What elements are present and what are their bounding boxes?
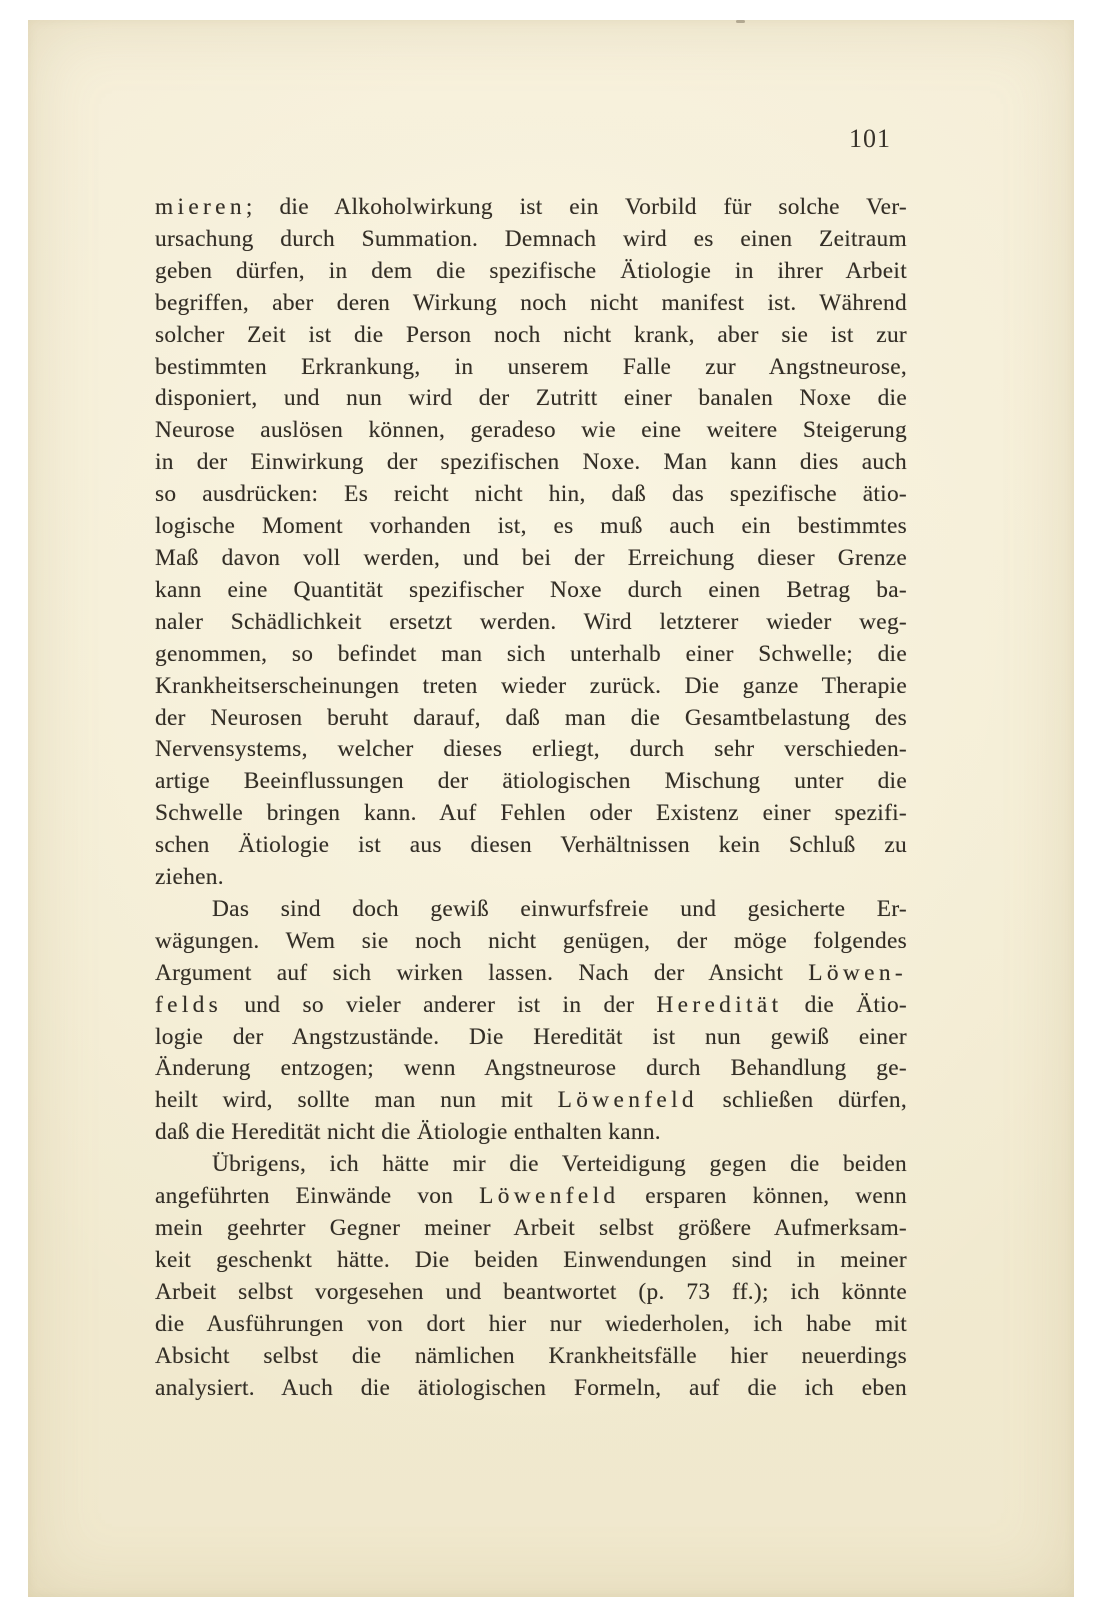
text-line: Argument auf sich wirken lassen. Nach de… — [155, 958, 907, 990]
text-line: artige Beeinflussungen der ätiologischen… — [155, 766, 907, 798]
text-line: Übrigens, ich hätte mir die Verteidigung… — [155, 1149, 907, 1181]
text-line: analysiert. Auch die ätiologischen Forme… — [155, 1373, 907, 1405]
text-line: Neurose auslösen können, geradeso wie ei… — [155, 415, 907, 447]
text-segment: Arbeit selbst vorgesehen und beantwortet… — [155, 1279, 907, 1305]
text-line: genommen, so befindet man sich unterhalb… — [155, 639, 907, 671]
text-line: kann eine Quantität spezifischer Noxe du… — [155, 575, 907, 607]
letterspaced-text: Löwen- — [808, 960, 907, 986]
letterspaced-text: Löwenfeld — [558, 1087, 698, 1113]
text-line: Absicht selbst die nämlichen Krankheitsf… — [155, 1341, 907, 1373]
text-line: ursachung durch Summation. Demnach wird … — [155, 224, 907, 256]
text-segment: so ausdrücken: Es reicht nicht hin, daß … — [155, 481, 907, 507]
text-line: disponiert, und nun wird der Zutritt ein… — [155, 383, 907, 415]
text-line: Krankheitserscheinungen treten wieder zu… — [155, 671, 907, 703]
text-segment: heilt wird, sollte man nun mit — [155, 1087, 558, 1113]
text-segment: daß die Heredität nicht die Ätiologie en… — [155, 1119, 661, 1145]
paragraph: mieren; die Alkoholwirkung ist ein Vorbi… — [155, 192, 907, 894]
page-number: 101 — [820, 124, 920, 154]
text-segment: mein geehrter Gegner meiner Arbeit selbs… — [155, 1215, 907, 1241]
text-segment: schen Ätiologie ist aus diesen Verhältni… — [155, 832, 907, 858]
text-segment: und so vieler anderer ist in der — [222, 992, 656, 1018]
text-line: Das sind doch gewiß einwurfsfreie und ge… — [155, 894, 907, 926]
text-segment: logie der Angstzustände. Die Heredität i… — [155, 1024, 907, 1050]
text-line: Nervensystems, welcher dieses erliegt, d… — [155, 734, 907, 766]
text-line: die Ausführungen von dort hier nur wiede… — [155, 1309, 907, 1341]
text-segment: Schwelle bringen kann. Auf Fehlen oder E… — [155, 800, 907, 826]
scanned-page: 101 mieren; die Alkoholwirkung ist ein V… — [0, 0, 1104, 1617]
letterspaced-text: mieren — [155, 194, 246, 220]
text-segment: Änderung entzogen; wenn Angstneurose dur… — [155, 1055, 907, 1081]
text-segment: die Ausführungen von dort hier nur wiede… — [155, 1311, 907, 1337]
text-segment: ursachung durch Summation. Demnach wird … — [155, 226, 907, 252]
text-line: in der Einwirkung der spezifischen Noxe.… — [155, 447, 907, 479]
text-line: felds und so vieler anderer ist in der H… — [155, 990, 907, 1022]
text-line: Maß davon voll werden, und bei der Errei… — [155, 543, 907, 575]
scan-artifact-speck — [736, 20, 745, 23]
text-segment: artige Beeinflussungen der ätiologischen… — [155, 768, 907, 794]
letterspaced-text: felds — [155, 992, 222, 1018]
text-line: ziehen. — [155, 862, 907, 894]
text-segment: Neurose auslösen können, geradeso wie ei… — [155, 417, 907, 443]
paragraph: Übrigens, ich hätte mir die Verteidigung… — [155, 1149, 907, 1404]
text-line: der Neurosen beruht darauf, daß man die … — [155, 703, 907, 735]
text-line: Änderung entzogen; wenn Angstneurose dur… — [155, 1053, 907, 1085]
text-segment: Argument auf sich wirken lassen. Nach de… — [155, 960, 808, 986]
text-segment: der Neurosen beruht darauf, daß man die … — [155, 705, 907, 731]
book-page-sheet: 101 mieren; die Alkoholwirkung ist ein V… — [28, 20, 1074, 1597]
text-segment: solcher Zeit ist die Person noch nicht k… — [155, 322, 907, 348]
text-segment: Übrigens, ich hätte mir die Verteidigung… — [212, 1151, 907, 1177]
text-segment: ; die Alkoholwirkung ist ein Vorbild für… — [246, 194, 907, 220]
text-line: heilt wird, sollte man nun mit Löwenfeld… — [155, 1085, 907, 1117]
text-segment: ziehen. — [155, 864, 224, 890]
text-segment: logische Moment vorhanden ist, es muß au… — [155, 513, 907, 539]
text-line: mieren; die Alkoholwirkung ist ein Vorbi… — [155, 192, 907, 224]
text-segment: Maß davon voll werden, und bei der Errei… — [155, 545, 907, 571]
text-segment: geben dürfen, in dem die spezifische Äti… — [155, 258, 907, 284]
text-line: mein geehrter Gegner meiner Arbeit selbs… — [155, 1213, 907, 1245]
text-line: logische Moment vorhanden ist, es muß au… — [155, 511, 907, 543]
text-segment: kann eine Quantität spezifischer Noxe du… — [155, 577, 907, 603]
text-line: schen Ätiologie ist aus diesen Verhältni… — [155, 830, 907, 862]
letterspaced-text: Löwenfeld — [479, 1183, 619, 1209]
text-segment: Absicht selbst die nämlichen Krankheitsf… — [155, 1343, 907, 1369]
letterspaced-text: Heredität — [656, 992, 782, 1018]
text-line: wägungen. Wem sie noch nicht genügen, de… — [155, 926, 907, 958]
text-line: angeführten Einwände von Löwenfeld erspa… — [155, 1181, 907, 1213]
text-segment: wägungen. Wem sie noch nicht genügen, de… — [155, 928, 907, 954]
text-segment: naler Schädlichkeit ersetzt werden. Wird… — [155, 609, 907, 635]
text-segment: angeführten Einwände von — [155, 1183, 479, 1209]
text-segment: schließen dürfen, — [698, 1087, 907, 1113]
text-line: bestimmten Erkrankung, in unserem Falle … — [155, 352, 907, 384]
text-segment: analysiert. Auch die ätiologischen Forme… — [155, 1375, 907, 1401]
text-segment: Das sind doch gewiß einwurfsfreie und ge… — [212, 896, 907, 922]
text-block: mieren; die Alkoholwirkung ist ein Vorbi… — [155, 192, 907, 1404]
text-segment: Nervensystems, welcher dieses erliegt, d… — [155, 736, 907, 762]
text-line: daß die Heredität nicht die Ätiologie en… — [155, 1117, 907, 1149]
text-line: naler Schädlichkeit ersetzt werden. Wird… — [155, 607, 907, 639]
text-segment: in der Einwirkung der spezifischen Noxe.… — [155, 449, 907, 475]
text-line: Arbeit selbst vorgesehen und beantwortet… — [155, 1277, 907, 1309]
text-segment: bestimmten Erkrankung, in unserem Falle … — [155, 354, 907, 380]
text-segment: keit geschenkt hätte. Die beiden Einwend… — [155, 1247, 907, 1273]
text-line: solcher Zeit ist die Person noch nicht k… — [155, 320, 907, 352]
text-line: so ausdrücken: Es reicht nicht hin, daß … — [155, 479, 907, 511]
text-segment: disponiert, und nun wird der Zutritt ein… — [155, 385, 907, 411]
text-segment: Krankheitserscheinungen treten wieder zu… — [155, 673, 907, 699]
text-line: begriffen, aber deren Wirkung noch nicht… — [155, 288, 907, 320]
text-segment: begriffen, aber deren Wirkung noch nicht… — [155, 290, 907, 316]
text-line: geben dürfen, in dem die spezifische Äti… — [155, 256, 907, 288]
text-segment: die Ätio- — [782, 992, 907, 1018]
text-segment: genommen, so befindet man sich unterhalb… — [155, 641, 907, 667]
text-line: keit geschenkt hätte. Die beiden Einwend… — [155, 1245, 907, 1277]
paragraph: Das sind doch gewiß einwurfsfreie und ge… — [155, 894, 907, 1149]
text-line: Schwelle bringen kann. Auf Fehlen oder E… — [155, 798, 907, 830]
text-line: logie der Angstzustände. Die Heredität i… — [155, 1022, 907, 1054]
text-segment: ersparen können, wenn — [619, 1183, 907, 1209]
